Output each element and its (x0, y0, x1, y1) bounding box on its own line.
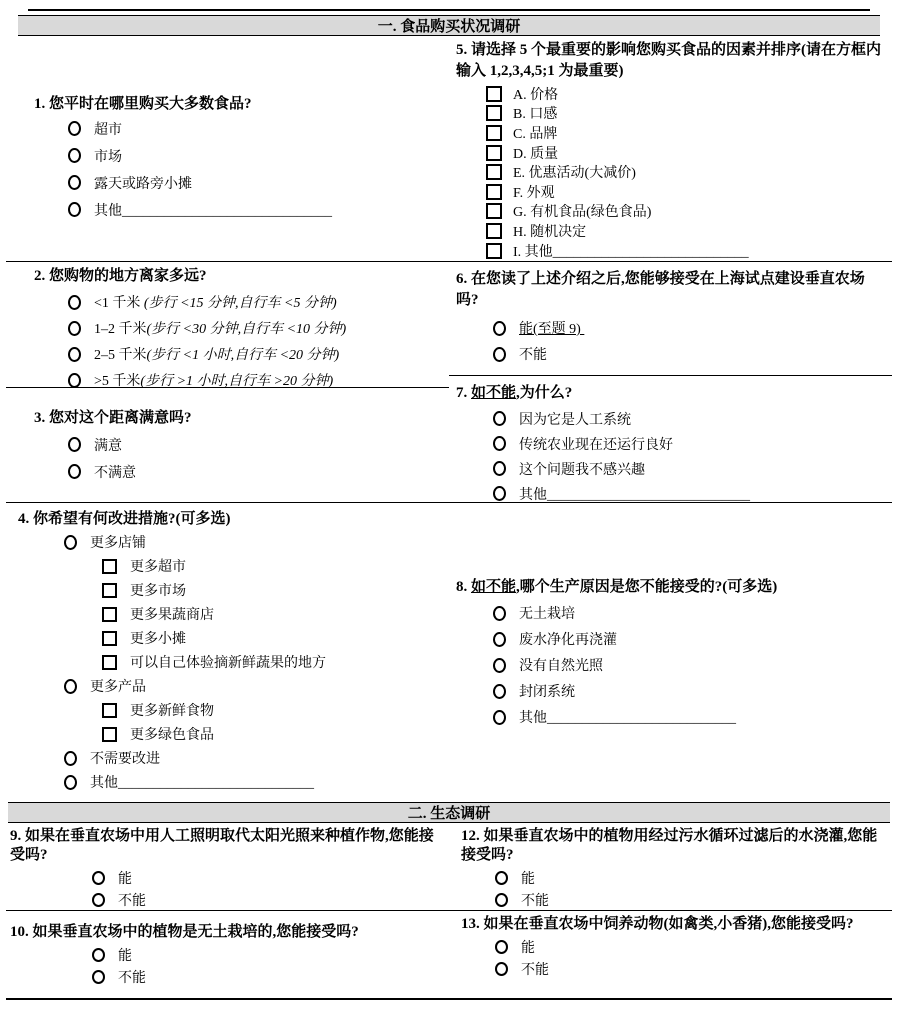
option-label: 因为它是人工系统 (519, 409, 631, 429)
option-row: G. 有机食品(绿色食品) (456, 202, 882, 222)
option-label: <1 千米 (94, 292, 140, 312)
question-6-title: 6. 在您读了上述介绍之后,您能够接受在上海试点建设垂直农场吗? (456, 269, 882, 311)
option-label: 废水净化再浇灌 (519, 629, 617, 649)
option-row: 能 (10, 944, 435, 966)
section2-body: 9. 如果在垂直农场中用人工照明取代太阳光照来种植作物,您能接受吗? 能不能 1… (6, 823, 892, 1000)
option-row: A. 价格 (456, 84, 882, 104)
section1-header-label: 一. 食品购买状况调研 (378, 15, 521, 36)
question-5: 5. 请选择 5 个最重要的影响您购买食品的因素并排序(请在方框内输入 1,2,… (449, 37, 892, 262)
question-9-options: 能不能 (10, 867, 435, 911)
option-label: 1–2 千米 (94, 318, 147, 338)
checkbox-icon[interactable] (102, 655, 117, 670)
option-row: B. 口感 (456, 104, 882, 124)
option-row: 没有自然光照 (456, 652, 892, 678)
section2-row-1: 9. 如果在垂直农场中用人工照明取代太阳光照来种植作物,您能接受吗? 能不能 1… (6, 823, 892, 911)
option-label: 不能 (118, 967, 146, 987)
question-13-title: 13. 如果在垂直农场中饲养动物(如禽类,小香猪),您能接受吗? (461, 915, 886, 934)
radio-icon[interactable] (92, 871, 105, 885)
title-fragment: ,为什么? (516, 385, 572, 401)
question-9-title: 9. 如果在垂直农场中用人工照明取代太阳光照来种植作物,您能接受吗? (10, 827, 435, 865)
option-label: 不能 (118, 890, 146, 910)
checkbox-icon[interactable] (102, 583, 117, 598)
question-8-options: 无土栽培废水净化再浇灌没有自然光照封闭系统其他_________________… (456, 600, 892, 730)
radio-icon[interactable] (495, 962, 508, 976)
radio-icon[interactable] (68, 295, 81, 310)
radio-icon[interactable] (495, 871, 508, 885)
option-row: 其他____________________________ (18, 770, 449, 794)
option-label: 2–5 千米 (94, 344, 147, 364)
option-label: B. 口感 (513, 103, 557, 123)
checkbox-icon[interactable] (486, 184, 502, 200)
option-label: 更多小摊 (130, 628, 186, 648)
option-label: D. 质量 (513, 143, 558, 163)
question-12-title: 12. 如果垂直农场中的植物用经过污水循环过滤后的水浇灌,您能接受吗? (461, 827, 886, 865)
option-label: G. 有机食品(绿色食品) (513, 201, 651, 221)
option-row: 更多绿色食品 (18, 722, 449, 746)
title-fragment: 7. (456, 385, 471, 401)
radio-icon[interactable] (493, 461, 506, 476)
radio-icon[interactable] (68, 373, 81, 388)
checkbox-icon[interactable] (102, 607, 117, 622)
question-12-options: 能不能 (461, 867, 886, 911)
option-label: 不需要改进 (90, 748, 160, 768)
option-label: 更多市场 (130, 580, 186, 600)
option-label: 不能 (521, 890, 549, 910)
option-row: 更多市场 (18, 578, 449, 602)
radio-icon[interactable] (493, 632, 506, 647)
option-label: 更多新鲜食物 (130, 700, 214, 720)
radio-icon[interactable] (493, 321, 506, 336)
option-label: 超市 (94, 119, 122, 139)
option-note: (步行 <30 分钟,自行车 <10 分钟) (147, 318, 347, 338)
option-label: 市场 (94, 146, 122, 166)
radio-icon[interactable] (92, 970, 105, 984)
option-label: 封闭系统 (519, 681, 575, 701)
question-7-options: 因为它是人工系统传统农业现在还运行良好这个问题我不感兴趣其他__________… (456, 406, 892, 506)
option-label: H. 随机决定 (513, 221, 586, 241)
option-row: E. 优惠活动(大减价) (456, 162, 882, 182)
checkbox-icon[interactable] (486, 105, 502, 121)
option-label: 更多绿色食品 (130, 724, 214, 744)
option-row: 能(至题 9) (456, 315, 882, 341)
question-10-title: 10. 如果垂直农场中的植物是无土栽培的,您能接受吗? (10, 923, 435, 942)
radio-icon[interactable] (493, 347, 506, 362)
question-6-options: 能(至题 9) 不能 (456, 315, 882, 367)
option-row: 露天或路旁小摊 (34, 169, 449, 196)
option-label: C. 品牌 (513, 123, 557, 143)
question-8: 8. 如不能,哪个生产原因是您不能接受的?(可多选) 无土栽培废水净化再浇灌没有… (449, 503, 892, 802)
radio-icon[interactable] (68, 148, 81, 163)
radio-icon[interactable] (493, 684, 506, 699)
option-row: 更多新鲜食物 (18, 698, 449, 722)
title-fragment: 如不能 (471, 579, 516, 595)
option-label: 更多果蔬商店 (130, 604, 214, 624)
section1-header: 一. 食品购买状况调研 (18, 15, 880, 36)
section2-header-label: 二. 生态调研 (408, 802, 491, 823)
question-7-title: 7. 如不能,为什么? (456, 383, 892, 404)
question-3-options: 满意不满意 (34, 431, 449, 485)
question-1-options: 超市市场露天或路旁小摊其他___________________________… (34, 115, 449, 223)
radio-icon[interactable] (493, 411, 506, 426)
option-label: 能 (118, 868, 132, 888)
option-row: 其他______________________________ (34, 196, 449, 223)
option-label: 不满意 (94, 462, 136, 482)
question-3: 3. 您对这个距离满意吗? 满意不满意 (6, 388, 449, 503)
radio-icon[interactable] (68, 437, 81, 452)
section1-left-column: 1. 您平时在哪里购买大多数食品? 超市市场露天或路旁小摊其他_________… (6, 37, 449, 802)
option-row: 市场 (34, 142, 449, 169)
question-10-options: 能不能 (10, 944, 435, 988)
option-label: 可以自己体验摘新鲜蔬果的地方 (130, 652, 326, 672)
option-label: 满意 (94, 435, 122, 455)
option-label: 更多产品 (90, 676, 146, 696)
option-row: 传统农业现在还运行良好 (456, 431, 892, 456)
radio-icon[interactable] (68, 321, 81, 336)
question-13: 13. 如果在垂直农场中饲养动物(如禽类,小香猪),您能接受吗? 能不能 (449, 911, 892, 998)
option-label: 能 (521, 868, 535, 888)
option-label: A. 价格 (513, 84, 558, 104)
option-row: C. 品牌 (456, 123, 882, 143)
option-label: F. 外观 (513, 182, 555, 202)
radio-icon[interactable] (493, 606, 506, 621)
radio-icon[interactable] (64, 775, 77, 790)
option-row: 废水净化再浇灌 (456, 626, 892, 652)
top-rule (28, 9, 870, 11)
question-4-title: 4. 你希望有何改进措施?(可多选) (18, 509, 449, 530)
option-row: 不能 (456, 341, 882, 367)
option-label: 不能 (519, 344, 547, 364)
radio-icon[interactable] (68, 464, 81, 479)
option-label: 其他______________________________ (94, 200, 332, 220)
option-label: 这个问题我不感兴趣 (519, 459, 645, 479)
option-row: 不满意 (34, 458, 449, 485)
option-row: 更多小摊 (18, 626, 449, 650)
checkbox-icon[interactable] (102, 703, 117, 718)
radio-icon[interactable] (495, 940, 508, 954)
section1-body: 1. 您平时在哪里购买大多数食品? 超市市场露天或路旁小摊其他_________… (6, 37, 892, 802)
option-label: >5 千米 (94, 370, 140, 390)
section2-row-2: 10. 如果垂直农场中的植物是无土栽培的,您能接受吗? 能不能 13. 如果在垂… (6, 911, 892, 998)
option-row: F. 外观 (456, 182, 882, 202)
question-5-title: 5. 请选择 5 个最重要的影响您购买食品的因素并排序(请在方框内输入 1,2,… (456, 40, 882, 82)
question-3-title: 3. 您对这个距离满意吗? (34, 408, 449, 429)
checkbox-icon[interactable] (486, 86, 502, 102)
question-7: 7. 如不能,为什么? 因为它是人工系统传统农业现在还运行良好这个问题我不感兴趣… (449, 376, 892, 503)
option-note: (步行 <1 小时,自行车 <20 分钟) (147, 344, 340, 364)
option-row: 不能 (10, 966, 435, 988)
question-8-title: 8. 如不能,哪个生产原因是您不能接受的?(可多选) (456, 577, 892, 598)
option-label: E. 优惠活动(大减价) (513, 162, 636, 182)
radio-icon[interactable] (92, 948, 105, 962)
radio-icon[interactable] (68, 175, 81, 190)
question-4-options: 更多店铺更多超市更多市场更多果蔬商店更多小摊可以自己体验摘新鲜蔬果的地方更多产品… (18, 530, 449, 794)
title-fragment: ,哪个生产原因是您不能接受的?(可多选) (516, 579, 777, 595)
option-row: 无土栽培 (456, 600, 892, 626)
option-row: 不能 (461, 958, 886, 980)
radio-icon[interactable] (493, 710, 506, 725)
checkbox-icon[interactable] (102, 727, 117, 742)
option-row: H. 随机决定 (456, 221, 882, 241)
radio-icon[interactable] (64, 679, 77, 694)
question-12: 12. 如果垂直农场中的植物用经过污水循环过滤后的水浇灌,您能接受吗? 能不能 (449, 823, 892, 910)
option-label: 能 (118, 945, 132, 965)
radio-icon[interactable] (493, 658, 506, 673)
option-row: 能 (461, 936, 886, 958)
option-row: 更多果蔬商店 (18, 602, 449, 626)
option-row: 2–5 千米(步行 <1 小时,自行车 <20 分钟) (34, 341, 449, 367)
option-row: 能 (461, 867, 886, 889)
question-4: 4. 你希望有何改进措施?(可多选) 更多店铺更多超市更多市场更多果蔬商店更多小… (6, 503, 449, 802)
option-label: I. 其他____________________________ (513, 241, 749, 261)
radio-icon[interactable] (64, 751, 77, 766)
option-label: 其他____________________________ (90, 772, 314, 792)
option-label: 无土栽培 (519, 603, 575, 623)
title-fragment: 8. (456, 579, 471, 595)
checkbox-icon[interactable] (486, 223, 502, 239)
option-row: 更多超市 (18, 554, 449, 578)
question-13-options: 能不能 (461, 936, 886, 980)
question-2: 2. 您购物的地方离家多远? <1 千米 (步行 <15 分钟,自行车 <5 分… (6, 262, 449, 388)
question-2-title: 2. 您购物的地方离家多远? (34, 266, 449, 287)
option-row: 满意 (34, 431, 449, 458)
radio-icon[interactable] (64, 535, 77, 550)
option-label: 更多店铺 (90, 532, 146, 552)
option-row: 这个问题我不感兴趣 (456, 456, 892, 481)
radio-icon[interactable] (68, 202, 81, 217)
option-row: 更多店铺 (18, 530, 449, 554)
radio-icon[interactable] (68, 347, 81, 362)
checkbox-icon[interactable] (102, 631, 117, 646)
option-row: 因为它是人工系统 (456, 406, 892, 431)
question-9: 9. 如果在垂直农场中用人工照明取代太阳光照来种植作物,您能接受吗? 能不能 (6, 823, 449, 910)
section2-header: 二. 生态调研 (8, 802, 890, 823)
option-label: 不能 (521, 959, 549, 979)
question-10: 10. 如果垂直农场中的植物是无土栽培的,您能接受吗? 能不能 (6, 911, 449, 998)
option-label: 其他_____________________________ (519, 484, 750, 504)
question-1: 1. 您平时在哪里购买大多数食品? 超市市场露天或路旁小摊其他_________… (6, 37, 449, 262)
option-note: (步行 >1 小时,自行车 >20 分钟) (140, 370, 333, 390)
option-row: 其他___________________________ (456, 704, 892, 730)
question-1-title: 1. 您平时在哪里购买大多数食品? (34, 94, 449, 115)
option-row: 超市 (34, 115, 449, 142)
question-6: 6. 在您读了上述介绍之后,您能够接受在上海试点建设垂直农场吗? 能(至题 9)… (449, 262, 892, 376)
survey-document: 一. 食品购买状况调研 1. 您平时在哪里购买大多数食品? 超市市场露天或路旁小… (0, 0, 898, 1010)
radio-icon[interactable] (493, 486, 506, 501)
option-row: 可以自己体验摘新鲜蔬果的地方 (18, 650, 449, 674)
radio-icon[interactable] (68, 121, 81, 136)
radio-icon[interactable] (495, 893, 508, 907)
checkbox-icon[interactable] (486, 203, 502, 219)
option-label: 露天或路旁小摊 (94, 173, 192, 193)
option-label: 其他___________________________ (519, 707, 736, 727)
option-label: 能(至题 9) (519, 318, 584, 338)
option-label: 传统农业现在还运行良好 (519, 434, 673, 454)
option-row: 不能 (10, 889, 435, 911)
option-row: 能 (10, 867, 435, 889)
checkbox-icon[interactable] (486, 145, 502, 161)
checkbox-icon[interactable] (102, 559, 117, 574)
title-fragment: 如不能 (471, 385, 516, 401)
option-note: (步行 <15 分钟,自行车 <5 分钟) (140, 292, 336, 312)
question-5-options: A. 价格B. 口感C. 品牌D. 质量E. 优惠活动(大减价)F. 外观G. … (456, 84, 882, 260)
radio-icon[interactable] (92, 893, 105, 907)
checkbox-icon[interactable] (486, 125, 502, 141)
option-row: I. 其他____________________________ (456, 241, 882, 261)
option-row: 更多产品 (18, 674, 449, 698)
option-row: 1–2 千米(步行 <30 分钟,自行车 <10 分钟) (34, 315, 449, 341)
option-row: <1 千米 (步行 <15 分钟,自行车 <5 分钟) (34, 289, 449, 315)
checkbox-icon[interactable] (486, 243, 502, 259)
option-label: 能 (521, 937, 535, 957)
option-row: 不需要改进 (18, 746, 449, 770)
option-row: D. 质量 (456, 143, 882, 163)
option-row: 封闭系统 (456, 678, 892, 704)
question-2-options: <1 千米 (步行 <15 分钟,自行车 <5 分钟)1–2 千米(步行 <30… (34, 289, 449, 393)
option-label: 更多超市 (130, 556, 186, 576)
radio-icon[interactable] (493, 436, 506, 451)
section1-right-column: 5. 请选择 5 个最重要的影响您购买食品的因素并排序(请在方框内输入 1,2,… (449, 37, 892, 802)
checkbox-icon[interactable] (486, 164, 502, 180)
option-row: 不能 (461, 889, 886, 911)
option-label: 没有自然光照 (519, 655, 603, 675)
